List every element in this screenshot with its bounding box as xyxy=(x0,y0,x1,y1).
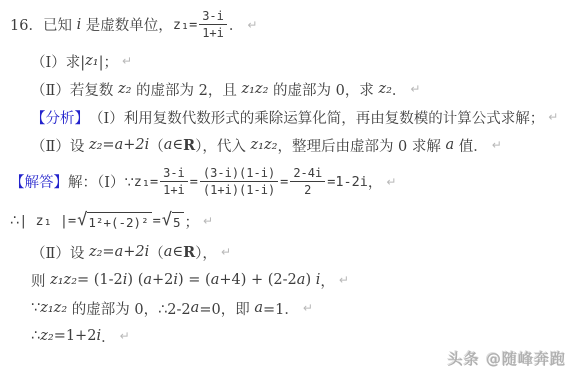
fraction-denominator: 2 xyxy=(290,182,325,197)
text-run: （Ⅱ）设 xyxy=(31,242,89,263)
text-run: ， xyxy=(320,270,335,291)
text-run: 的虚部为 0，求 xyxy=(268,79,378,100)
radical-sign: √ xyxy=(77,212,87,229)
formula-run: = xyxy=(190,174,198,190)
text-run: +4) + (2-2 xyxy=(219,272,296,288)
fraction-denominator: 1+i xyxy=(160,182,188,197)
text-run: ， xyxy=(368,171,383,192)
section-label: 【分析】 xyxy=(31,107,89,128)
formula-run: z₁= xyxy=(134,174,158,190)
text-line: （Ⅰ）求|z₁|；↵ xyxy=(10,51,570,72)
paragraph-mark: ↵ xyxy=(120,329,130,343)
text-run: =1． xyxy=(263,298,299,319)
text-run: +2 xyxy=(152,272,173,288)
text-line: ∵z₁z₂ 的虚部为 0，∴2-2a=0，即 a=1．↵ xyxy=(10,298,570,319)
document-body: 16．已知 i 是虚数单位，z₁=3-i1+i．↵（Ⅰ）求|z₁|；↵（Ⅱ）若复… xyxy=(10,6,570,347)
formula-run: z₁= xyxy=(173,17,197,33)
math-run: z₁ xyxy=(85,53,98,69)
text-run: ． xyxy=(392,79,407,100)
text-run: ），代入 xyxy=(195,135,250,156)
text-line: （Ⅱ）设 z₂=a+2i（a∈R），代入 z₁z₂，整理后由虚部为 0 求解 a… xyxy=(10,135,570,156)
math-run: z₂=a+2i xyxy=(89,244,149,260)
fraction: 3-i1+i xyxy=(160,166,188,198)
paragraph-mark: ↵ xyxy=(492,138,502,152)
text-run: 值． xyxy=(454,135,488,156)
math-run: a xyxy=(297,272,306,288)
text-run: ) = ( xyxy=(178,272,211,288)
math-run-bold: R xyxy=(183,244,195,261)
fraction-numerator: (3-i)(1-i) xyxy=(200,166,278,182)
text-run: ∈ xyxy=(172,244,183,260)
text-run: ． xyxy=(101,326,116,347)
text-line: 则 z₁z₂= (1-2i) (a+2i) = (a+4) + (2-2a) i… xyxy=(10,270,570,291)
text-line: 16．已知 i 是虚数单位，z₁=3-i1+i．↵ xyxy=(10,6,570,44)
fraction-numerator: 3-i xyxy=(160,166,188,182)
math-run: z₁z₂ xyxy=(40,300,67,316)
math-run: a xyxy=(191,300,200,316)
formula-run: =1-2i xyxy=(327,174,368,190)
math-run: a xyxy=(446,137,455,153)
formula-run: | z₁ |= xyxy=(19,213,76,229)
paragraph-mark: ↵ xyxy=(339,273,349,287)
paragraph-mark: ↵ xyxy=(122,54,132,68)
text-line: ∴| z₁ |=√1²+(-2)²=√5；↵ xyxy=(10,208,570,235)
math-run: a xyxy=(164,244,173,260)
text-run: （ xyxy=(149,135,164,156)
sqrt-expression: √5 xyxy=(162,212,184,230)
text-run: ． xyxy=(229,14,244,35)
text-run: （Ⅱ）设 xyxy=(31,135,89,156)
formula-run: = xyxy=(280,174,288,190)
document-page: 16．已知 i 是虚数单位，z₁=3-i1+i．↵（Ⅰ）求|z₁|；↵（Ⅱ）若复… xyxy=(0,0,574,375)
text-run: 是虚数单位， xyxy=(81,14,173,35)
paragraph-mark: ↵ xyxy=(221,245,231,259)
section-label: 【解答】 xyxy=(10,171,68,192)
paragraph-mark: ↵ xyxy=(410,82,420,96)
text-run: |； xyxy=(99,51,118,72)
text-run: ) xyxy=(305,272,315,288)
text-run: （Ⅰ）利用复数代数形式的乘除运算化简，再由复数模的计算公式求解； xyxy=(89,107,544,128)
math-run: z₂ xyxy=(378,81,391,97)
fraction: 2-4i2 xyxy=(290,166,325,198)
text-run: ）， xyxy=(195,242,217,263)
math-run: a xyxy=(211,272,220,288)
radicand: 5 xyxy=(172,212,184,230)
math-run: z₂ xyxy=(118,81,131,97)
math-run-bold: R xyxy=(183,137,195,154)
fraction: (3-i)(1-i)(1+i)(1-i) xyxy=(200,166,278,198)
paragraph-mark: ↵ xyxy=(303,301,313,315)
text-run: （Ⅱ）若复数 xyxy=(31,79,118,100)
math-run: z₁z₂ xyxy=(50,272,77,288)
radicand: 1²+(-2)² xyxy=(87,212,151,230)
watermark-text: 头条 @随峰奔跑 xyxy=(448,350,566,368)
fraction-numerator: 3-i xyxy=(199,9,227,25)
fraction-denominator: (1+i)(1-i) xyxy=(200,182,278,197)
text-line: ∴z₂=1+2i．↵ xyxy=(10,326,570,347)
text-run: 16．已知 xyxy=(10,14,77,35)
text-run: （ xyxy=(149,242,164,263)
text-run: 解：（Ⅰ）∵ xyxy=(68,171,134,192)
paragraph-mark: ↵ xyxy=(247,18,257,32)
text-line: （Ⅱ）设 z₂=a+2i（a∈R），↵ xyxy=(10,242,570,263)
math-run: a xyxy=(164,137,173,153)
text-run: =1+2 xyxy=(54,328,97,344)
text-run: = (1-2 xyxy=(77,272,123,288)
text-run: ∈ xyxy=(172,137,183,153)
math-run: a xyxy=(143,272,152,288)
text-run: ∴ xyxy=(10,213,19,229)
text-line: （Ⅱ）若复数 z₂ 的虚部为 2，且 z₁z₂ 的虚部为 0，求 z₂．↵ xyxy=(10,79,570,100)
formula-run: = xyxy=(153,213,161,229)
fraction-numerator: 2-4i xyxy=(290,166,325,182)
math-run: z₁z₂ xyxy=(241,81,268,97)
text-run: 的虚部为 0，∴2-2 xyxy=(67,298,191,319)
text-line: 【解答】解：（Ⅰ）∵z₁=3-i1+i=(3-i)(1-i)(1+i)(1-i)… xyxy=(10,163,570,201)
math-run: z₂=a+2i xyxy=(89,137,149,153)
math-run: a xyxy=(254,300,263,316)
fraction-denominator: 1+i xyxy=(199,25,227,40)
text-run: ∴ xyxy=(31,328,40,344)
paragraph-mark: ↵ xyxy=(386,175,396,189)
watermark: 头条 @随峰奔跑 xyxy=(448,348,566,369)
text-run: =0，即 xyxy=(199,298,254,319)
fraction: 3-i1+i xyxy=(199,9,227,41)
text-run: ，整理后由虚部为 0 求解 xyxy=(277,135,445,156)
sqrt-expression: √1²+(-2)² xyxy=(77,212,151,230)
paragraph-mark: ↵ xyxy=(548,110,558,124)
text-run: ) ( xyxy=(127,272,143,288)
text-run: ； xyxy=(185,211,200,232)
text-line: 【分析】（Ⅰ）利用复数代数形式的乘除运算化简，再由复数模的计算公式求解；↵ xyxy=(10,107,570,128)
math-run: z₂ xyxy=(40,328,53,344)
text-run: 则 xyxy=(31,270,50,291)
text-run: ∵ xyxy=(31,300,40,316)
text-run: 的虚部为 2，且 xyxy=(131,79,241,100)
radical-sign: √ xyxy=(162,212,172,229)
paragraph-mark: ↵ xyxy=(203,214,213,228)
text-run: （Ⅰ）求| xyxy=(31,51,85,72)
math-run: z₁z₂ xyxy=(251,137,278,153)
